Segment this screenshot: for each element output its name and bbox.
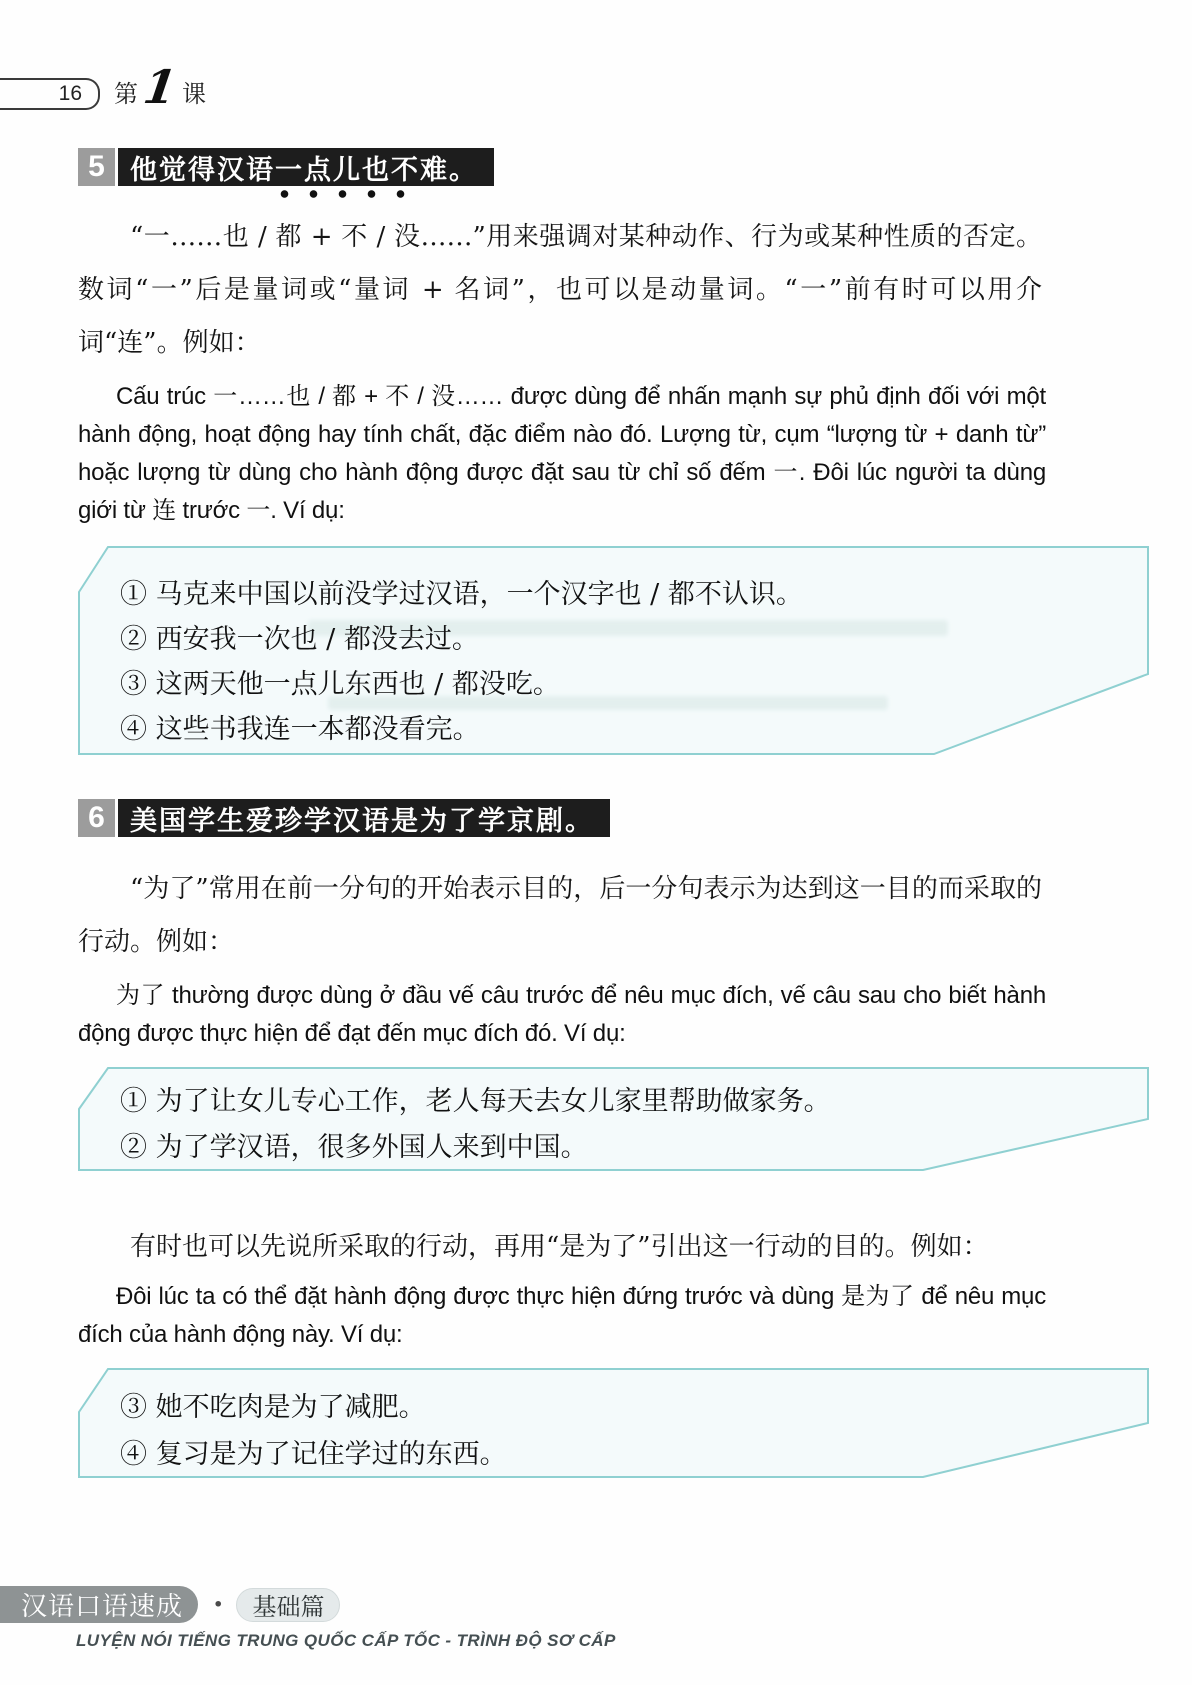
example-list: ① 马克来中国以前没学过汉语，一个汉字也 / 都不认识。 ② 西安我一次也 / …: [78, 546, 1150, 752]
separator-dot: ·: [213, 1586, 223, 1623]
section-6-example-box-1: ① 为了让女儿专心工作，老人每天去女儿家里帮助做家务。 ② 为了学汉语，很多外国…: [78, 1067, 1150, 1171]
lesson-suffix: 课: [182, 82, 206, 110]
section-5-title-bar: 他觉得汉语一点儿也不难。: [118, 148, 494, 186]
section-6-paragraph-vietnamese: 为了 thường được dùng ở đầu vế câu trước đ…: [78, 977, 1150, 1053]
section-6-number-badge: 6: [78, 799, 115, 837]
section-6-paragraph-chinese-2: 有时也可以先说所采取的行动，再用“是为了”引出这一行动的目的。例如：: [78, 1221, 1150, 1274]
section-5-header: 5 他觉得汉语一点儿也不难。: [78, 148, 1150, 186]
page-number: 16: [59, 82, 82, 106]
section-6-title: 美国学生爱珍学汉语是为了学京剧。: [130, 799, 594, 838]
example-list: ③ 她不吃肉是为了减肥。 ④ 复习是为了记住学过的东西。: [78, 1368, 1150, 1478]
emphasis-dots: [270, 189, 416, 199]
volume-pill: 基础篇: [236, 1588, 340, 1622]
section-5-number-badge: 5: [78, 148, 115, 186]
section-5-paragraph-vietnamese: Cấu trúc 一……也 / 都 + 不 / 没…… được dùng để…: [78, 378, 1150, 530]
series-title: 汉语口语速成: [21, 1586, 183, 1623]
section-5-paragraph-chinese: “一……也 / 都 + 不 / 没……”用来强调对某种动作、行为或某种性质的否定…: [78, 211, 1150, 370]
series-pill: 汉语口语速成: [0, 1586, 198, 1623]
example-item: ② 西安我一次也 / 都没去过。: [78, 617, 1150, 662]
section-5-example-box: ① 马克来中国以前没学过汉语，一个汉字也 / 都不认识。 ② 西安我一次也 / …: [78, 546, 1150, 755]
example-list: ① 为了让女儿专心工作，老人每天去女儿家里帮助做家务。 ② 为了学汉语，很多外国…: [78, 1067, 1150, 1171]
example-item: ① 马克来中国以前没学过汉语，一个汉字也 / 都不认识。: [78, 572, 1150, 617]
section-6-header: 6 美国学生爱珍学汉语是为了学京剧。: [78, 799, 1150, 837]
section-6-title-bar: 美国学生爱珍学汉语是为了学京剧。: [118, 799, 610, 837]
page-number-box: 16: [0, 78, 100, 110]
example-item: ④ 这些书我连一本都没看完。: [78, 707, 1150, 752]
page-footer: 汉语口语速成 · 基础篇 LUYỆN NÓI TIẾNG TRUNG QUỐC …: [0, 1586, 1192, 1651]
section-6-paragraph-vietnamese-2: Đôi lúc ta có thể đặt hành động được thự…: [78, 1278, 1150, 1354]
example-item: ③ 她不吃肉是为了减肥。: [78, 1384, 1150, 1431]
section-6-example-box-2: ③ 她不吃肉是为了减肥。 ④ 复习是为了记住学过的东西。: [78, 1368, 1150, 1478]
lesson-number: 1: [141, 64, 179, 110]
section-6-paragraph-chinese: “为了”常用在前一分句的开始表示目的，后一分句表示为达到这一目的而采取的行动。例…: [78, 863, 1150, 969]
example-item: ③ 这两天他一点儿东西也 / 都没吃。: [78, 662, 1150, 707]
example-item: ④ 复习是为了记住学过的东西。: [78, 1431, 1150, 1478]
page-header: 16 第 1 课: [0, 64, 206, 110]
textbook-page: 16 第 1 课 5 他觉得汉语一点儿也不难。 “一……也 / 都 + 不 / …: [0, 0, 1192, 1685]
lesson-prefix: 第: [114, 82, 138, 110]
volume-title: 基础篇: [252, 1587, 324, 1622]
section-5-title: 他觉得汉语一点儿也不难。: [130, 148, 478, 187]
example-item: ② 为了学汉语，很多外国人来到中国。: [78, 1125, 1150, 1171]
example-item: ① 为了让女儿专心工作，老人每天去女儿家里帮助做家务。: [78, 1079, 1150, 1125]
main-content: 5 他觉得汉语一点儿也不难。 “一……也 / 都 + 不 / 没……”用来强调对…: [78, 146, 1150, 1478]
footer-subtitle: LUYỆN NÓI TIẾNG TRUNG QUỐC CẤP TỐC - TRÌ…: [76, 1631, 1192, 1651]
lesson-label: 第 1 课: [114, 64, 206, 110]
footer-pills: 汉语口语速成 · 基础篇: [0, 1586, 1192, 1623]
